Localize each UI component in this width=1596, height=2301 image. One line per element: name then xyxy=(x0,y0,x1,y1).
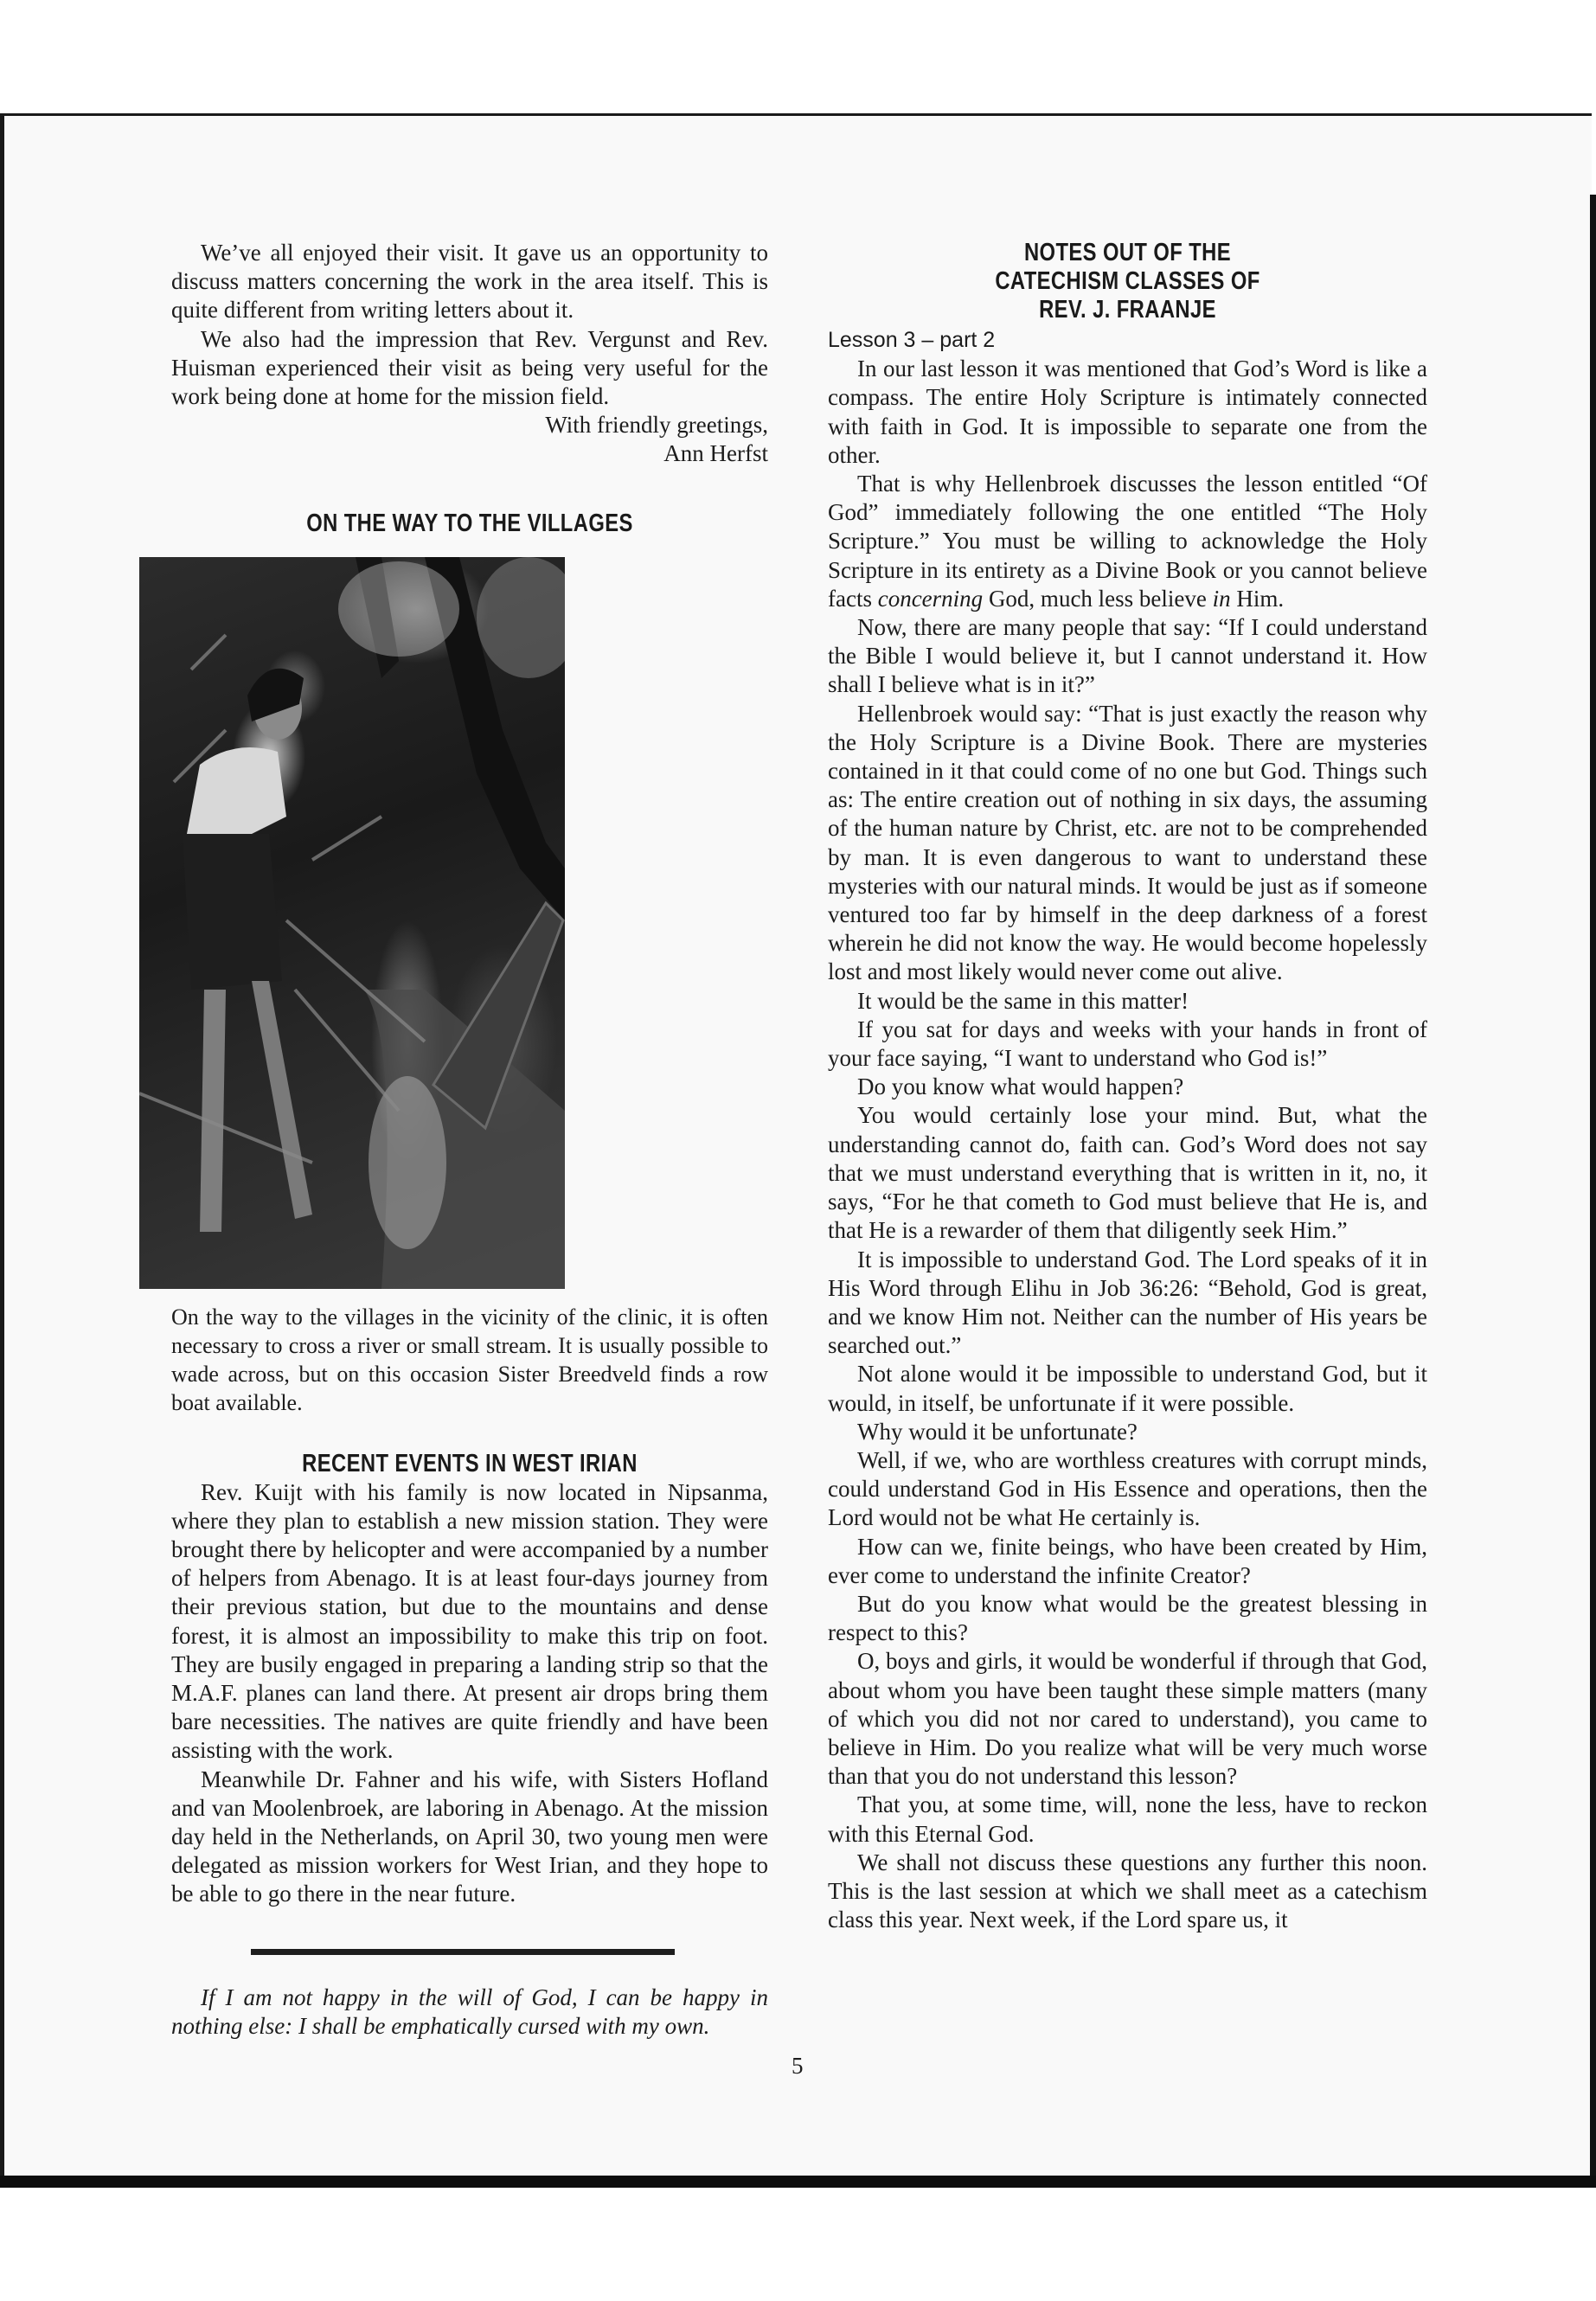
emphasis-in: in xyxy=(1213,586,1231,612)
catechism-paragraph: O, boys and girls, it would be wonderful… xyxy=(828,1647,1427,1791)
catechism-paragraph: It would be the same in this matter! xyxy=(828,987,1427,1016)
catechism-paragraph: But do you know what would be the greate… xyxy=(828,1590,1427,1647)
scan-edge-right xyxy=(1590,195,1596,2176)
page-number: 5 xyxy=(792,2053,804,2080)
photo-illustration xyxy=(139,557,565,1289)
catechism-paragraph: Now, there are many people that say: “If… xyxy=(828,613,1427,700)
photo-caption-text: On the way to the villages in the vicini… xyxy=(171,1303,768,1417)
catechism-paragraph: Not alone would it be impossible to unde… xyxy=(828,1360,1427,1417)
intro-paragraph-2: We also had the impression that Rev. Ver… xyxy=(171,325,768,412)
paragraph-text: God, much less believe xyxy=(983,586,1212,612)
catechism-paragraph: Hellenbroek would say: “That is just exa… xyxy=(828,700,1427,987)
catechism-paragraph: Well, if we, who are worthless creatures… xyxy=(828,1446,1427,1533)
left-column: We’ve all enjoyed their visit. It gave u… xyxy=(171,239,768,2041)
scan-edge-bottom xyxy=(0,2176,1596,2188)
catechism-paragraph: We shall not discuss these questions any… xyxy=(828,1849,1427,1935)
catechism-heading-line-2: CATECHISM CLASSES OF xyxy=(881,267,1373,296)
photo-caption: On the way to the villages in the vicini… xyxy=(171,1303,768,1417)
catechism-heading-line-3: REV. J. FRAANJE xyxy=(881,296,1373,324)
catechism-paragraph: If you sat for days and weeks with your … xyxy=(828,1016,1427,1073)
quote-block: If I am not happy in the will of God, I … xyxy=(171,1984,768,2041)
recent-events-heading: RECENT EVENTS IN WEST IRIAN xyxy=(225,1450,715,1478)
villages-heading: ON THE WAY TO THE VILLAGES xyxy=(225,510,715,538)
signature-name: Ann Herfst xyxy=(171,439,768,468)
quote-text: If I am not happy in the will of God, I … xyxy=(171,1984,768,2041)
catechism-paragraph: Why would it be unfortunate? xyxy=(828,1418,1427,1446)
river-crossing-photo xyxy=(139,557,565,1289)
catechism-heading-line-1: NOTES OUT OF THE xyxy=(881,239,1373,267)
signature-closing: With friendly greetings, xyxy=(171,411,768,439)
lesson-label: Lesson 3 – part 2 xyxy=(828,326,1427,355)
catechism-paragraph: It is impossible to understand God. The … xyxy=(828,1246,1427,1361)
catechism-paragraph: How can we, finite beings, who have been… xyxy=(828,1533,1427,1590)
catechism-paragraph: In our last lesson it was mentioned that… xyxy=(828,355,1427,470)
catechism-paragraph: That you, at some time, will, none the l… xyxy=(828,1791,1427,1848)
catechism-paragraph: That is why Hellenbroek discusses the le… xyxy=(828,470,1427,613)
paragraph-text: Him. xyxy=(1231,586,1285,612)
catechism-paragraph: Do you know what would happen? xyxy=(828,1073,1427,1101)
catechism-paragraph: You would certainly lose your mind. But,… xyxy=(828,1101,1427,1245)
right-column: NOTES OUT OF THE CATECHISM CLASSES OF RE… xyxy=(828,239,1427,1934)
recent-events-paragraph-2: Meanwhile Dr. Fahner and his wife, with … xyxy=(171,1766,768,1909)
section-divider xyxy=(251,1949,675,1955)
intro-paragraph-1: We’ve all enjoyed their visit. It gave u… xyxy=(171,239,768,325)
emphasis-concerning: concerning xyxy=(878,586,983,612)
recent-events-paragraph-1: Rev. Kuijt with his family is now locate… xyxy=(171,1478,768,1766)
